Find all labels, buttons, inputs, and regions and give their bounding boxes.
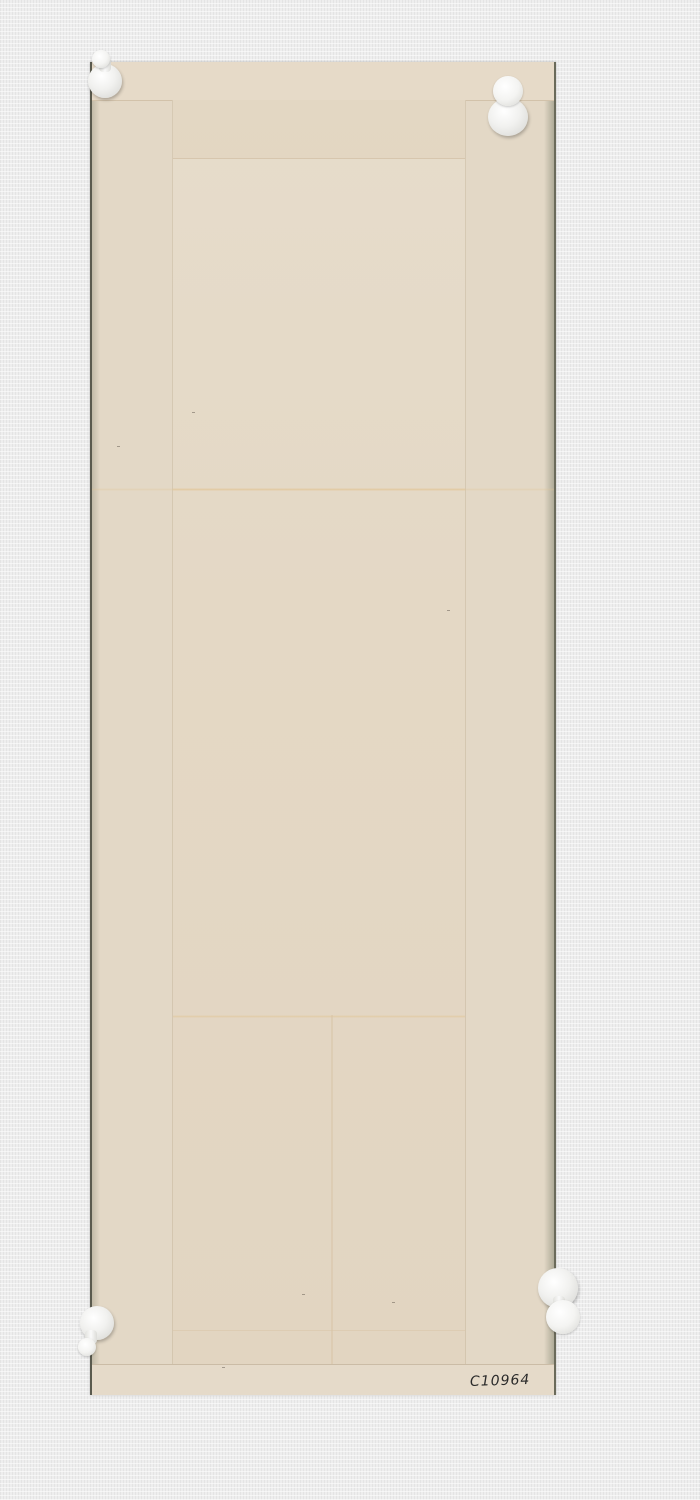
scroll-top-band (92, 62, 554, 101)
scroll-left-edge (92, 62, 100, 1395)
stain-speck (447, 610, 450, 611)
scroll-central-panel (172, 100, 466, 1365)
stain-speck (222, 1367, 225, 1368)
stain-speck (392, 1302, 395, 1303)
inventory-label: C10964 (469, 1372, 530, 1390)
panel-top-band (173, 100, 465, 159)
scroll-back: C10964 (90, 62, 556, 1395)
scroll-right-edge (544, 62, 554, 1395)
stain-speck (302, 1294, 305, 1295)
panel-seam (173, 1330, 465, 1331)
panel-seam (331, 1015, 333, 1365)
stain-speck (117, 446, 120, 447)
fold-line-outer (92, 488, 554, 491)
fold-line (173, 1015, 465, 1018)
stain-speck (192, 412, 195, 413)
